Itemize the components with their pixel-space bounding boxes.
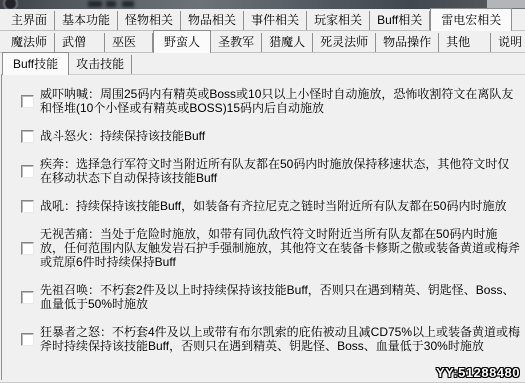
- tab-demon-hunter[interactable]: 猎魔人: [262, 33, 313, 52]
- tab-crusader[interactable]: 圣教军: [211, 33, 262, 52]
- checkbox-ignore-pain[interactable]: [21, 242, 34, 255]
- skill-option-sprint[interactable]: 疾奔：选择急行军符文时当附近所有队友都在50码内时施放保持移速状态，其他符文时仅…: [21, 157, 521, 185]
- skill-option-label: 狂暴者之怒：不朽套4件及以上或带有布尔凯索的庇佑被动且减CD75%以上或装备黄道…: [40, 325, 521, 353]
- tab-thunder-macro-related[interactable]: 雷电宏相关: [430, 8, 512, 31]
- skill-option-label: 无视苦痛：当处于危险时施放，如带有同仇敌忾符文时附近当所有队友都在50码内时施放…: [40, 227, 521, 269]
- tab-wizard[interactable]: 魔法师: [4, 33, 55, 52]
- skill-option-intimidating-shout[interactable]: 威吓呐喊：周围25码内有精英或Boss或10只以上小怪时自动施放，恐怖收割符文在…: [21, 87, 521, 115]
- skill-option-label: 战吼：持续保持该技能Buff，如装备有齐拉尼克之链时当附近所有队友都在50码内时…: [40, 199, 521, 213]
- tab-other[interactable]: 其他: [439, 33, 491, 52]
- background-smudge: [122, 1, 134, 7]
- tab-instructions[interactable]: 说明: [491, 33, 525, 52]
- tab-item-operations[interactable]: 物品操作: [376, 33, 439, 52]
- skill-option-ignore-pain[interactable]: 无视苦痛：当处于危险时施放，如带有同仇敌忾符文时附近当所有队友都在50码内时施放…: [21, 227, 521, 269]
- tab-witch-doctor[interactable]: 巫医: [105, 33, 153, 52]
- skill-option-war-cry[interactable]: 战吼：持续保持该技能Buff，如装备有齐拉尼克之链时当附近所有队友都在50码内时…: [21, 199, 521, 213]
- tab-row-class: 魔法师 武僧 巫医 野蛮人 圣教军 猎魔人 死灵法师 物品操作 其他 说明: [0, 31, 525, 53]
- yy-watermark: YY:51288480: [436, 365, 520, 380]
- checkbox-war-cry[interactable]: [21, 200, 34, 213]
- tab-event-related[interactable]: 事件相关: [244, 11, 307, 30]
- background-smudge: [106, 1, 116, 7]
- macro-tool-window: 主界面 基本功能 怪物相关 物品相关 事件相关 玩家相关 Buff相关 雷电宏相…: [0, 0, 525, 383]
- skill-option-wrath-of-berserker[interactable]: 狂暴者之怒：不朽套4件及以上或带有布尔凯索的庇佑被动且减CD75%以上或装备黄道…: [21, 325, 521, 353]
- skill-option-label: 先祖召唤：不朽套2件及以上时持续保持该技能Buff，否则只在遇到精英、钥匙怪、B…: [40, 283, 521, 311]
- tab-main-home[interactable]: 主界面: [4, 11, 55, 30]
- tab-row-main: 主界面 基本功能 怪物相关 物品相关 事件相关 玩家相关 Buff相关 雷电宏相…: [0, 9, 525, 31]
- tab-row-skill-type: Buff技能 攻击技能: [0, 53, 525, 74]
- tab-buff-related[interactable]: Buff相关: [370, 11, 430, 30]
- skill-option-battle-rage[interactable]: 战斗怒火：持续保持该技能Buff: [21, 129, 521, 143]
- tab-buff-skills[interactable]: Buff技能: [2, 52, 69, 75]
- skill-option-label: 战斗怒火：持续保持该技能Buff: [40, 129, 521, 143]
- tab-basic-functions[interactable]: 基本功能: [55, 11, 118, 30]
- skill-option-label: 威吓呐喊：周围25码内有精英或Boss或10只以上小怪时自动施放，恐怖收割符文在…: [40, 87, 521, 115]
- tab-necromancer[interactable]: 死灵法师: [313, 33, 376, 52]
- tab-monster-related[interactable]: 怪物相关: [118, 11, 181, 30]
- tab-player-related[interactable]: 玩家相关: [307, 11, 370, 30]
- tab-item-related[interactable]: 物品相关: [181, 11, 244, 30]
- checkbox-wrath-of-berserker[interactable]: [21, 333, 34, 346]
- tab-monk[interactable]: 武僧: [55, 33, 105, 52]
- buff-skill-panel: 威吓呐喊：周围25码内有精英或Boss或10只以上小怪时自动施放，恐怖收割符文在…: [1, 74, 525, 380]
- checkbox-sprint[interactable]: [21, 165, 34, 178]
- skill-option-label: 疾奔：选择急行军符文时当附近所有队友都在50码内时施放保持移速状态，其他符文时仅…: [40, 157, 521, 185]
- background-smudge: [88, 1, 102, 7]
- skill-option-call-of-ancients[interactable]: 先祖召唤：不朽套2件及以上时持续保持该技能Buff，否则只在遇到精英、钥匙怪、B…: [21, 283, 521, 311]
- tab-attack-skills[interactable]: 攻击技能: [69, 55, 132, 74]
- checkbox-call-of-ancients[interactable]: [21, 291, 34, 304]
- tab-barbarian[interactable]: 野蛮人: [153, 30, 211, 53]
- checkbox-battle-rage[interactable]: [21, 130, 34, 143]
- checkbox-intimidating-shout[interactable]: [21, 95, 34, 108]
